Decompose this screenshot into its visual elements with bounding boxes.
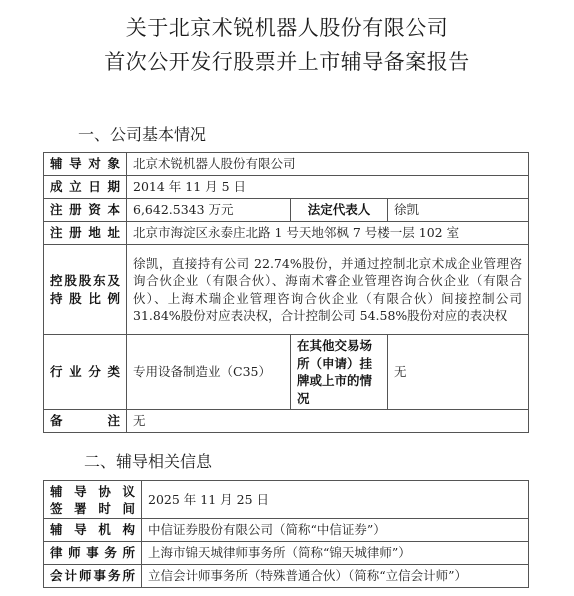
document-title-line2: 首次公开发行股票并上市辅导备案报告 bbox=[0, 46, 574, 76]
label-industry: 行业分类 bbox=[44, 335, 127, 410]
value-target: 北京术锐机器人股份有限公司 bbox=[127, 153, 529, 176]
value-law-firm: 上海市锦天城律师事务所（简称“锦天城律师”） bbox=[142, 542, 529, 565]
value-industry: 专用设备制造业（C35） bbox=[127, 335, 291, 410]
table-row-target: 辅导对象 北京术锐机器人股份有限公司 bbox=[44, 153, 529, 176]
label-institution: 辅导机构 bbox=[44, 519, 142, 542]
label-capital: 注册资本 bbox=[44, 199, 127, 222]
document-title-line1: 关于北京术锐机器人股份有限公司 bbox=[0, 12, 574, 42]
label-remarks-right: 注 bbox=[107, 412, 120, 430]
label-remarks-left: 备 bbox=[50, 412, 63, 430]
label-agreement-date: 辅导协议 签署时间 bbox=[44, 481, 142, 519]
table-row-capital: 注册资本 6,642.5343 万元 法定代表人 徐凯 bbox=[44, 199, 529, 222]
label-agreement-date-line1: 辅导协议 bbox=[50, 483, 135, 500]
label-accounting-firm: 会计师事务所 bbox=[44, 565, 142, 588]
table-row-institution: 辅导机构 中信证券股份有限公司（简称“中信证券”） bbox=[44, 519, 529, 542]
table-row-controller: 控股股东及 持股比例 徐凯，直接持有公司 22.74%股份，并通过控制北京术成企… bbox=[44, 245, 529, 335]
label-remarks: 备 注 bbox=[44, 410, 127, 433]
section-heading-company-info: 一、公司基本情况 bbox=[78, 122, 206, 145]
label-controller: 控股股东及 持股比例 bbox=[44, 245, 127, 335]
value-established: 2014 年 11 月 5 日 bbox=[127, 176, 529, 199]
label-controller-line1: 控股股东及 bbox=[50, 272, 120, 290]
table-row-address: 注册地址 北京市海淀区永泰庄北路 1 号天地邻枫 7 号楼一层 102 室 bbox=[44, 222, 529, 245]
label-established: 成立日期 bbox=[44, 176, 127, 199]
table-row-established: 成立日期 2014 年 11 月 5 日 bbox=[44, 176, 529, 199]
value-controller: 徐凯，直接持有公司 22.74%股份，并通过控制北京术成企业管理咨询合伙企业（有… bbox=[127, 245, 529, 335]
table-row-agreement-date: 辅导协议 签署时间 2025 年 11 月 25 日 bbox=[44, 481, 529, 519]
label-address: 注册地址 bbox=[44, 222, 127, 245]
value-remarks: 无 bbox=[127, 410, 529, 433]
value-capital: 6,642.5343 万元 bbox=[127, 199, 291, 222]
label-law-firm: 律师事务所 bbox=[44, 542, 142, 565]
label-controller-line2: 持股比例 bbox=[50, 290, 120, 308]
label-other-listing: 在其他交易场所（申请）挂牌或上市的情况 bbox=[291, 335, 388, 410]
table-row-remarks: 备 注 无 bbox=[44, 410, 529, 433]
table-row-law-firm: 律师事务所 上海市锦天城律师事务所（简称“锦天城律师”） bbox=[44, 542, 529, 565]
value-other-listing: 无 bbox=[388, 335, 529, 410]
table-row-industry: 行业分类 专用设备制造业（C35） 在其他交易场所（申请）挂牌或上市的情况 无 bbox=[44, 335, 529, 410]
tutoring-info-table: 辅导协议 签署时间 2025 年 11 月 25 日 辅导机构 中信证券股份有限… bbox=[43, 480, 529, 588]
value-agreement-date: 2025 年 11 月 25 日 bbox=[142, 481, 529, 519]
label-legal-rep: 法定代表人 bbox=[291, 199, 388, 222]
label-agreement-date-line2: 签署时间 bbox=[50, 500, 135, 517]
value-accounting-firm: 立信会计师事务所（特殊普通合伙）（简称“立信会计师”） bbox=[142, 565, 529, 588]
value-institution: 中信证券股份有限公司（简称“中信证券”） bbox=[142, 519, 529, 542]
value-address: 北京市海淀区永泰庄北路 1 号天地邻枫 7 号楼一层 102 室 bbox=[127, 222, 529, 245]
section-heading-tutoring-info: 二、辅导相关信息 bbox=[84, 449, 212, 472]
table-row-accounting-firm: 会计师事务所 立信会计师事务所（特殊普通合伙）（简称“立信会计师”） bbox=[44, 565, 529, 588]
label-target: 辅导对象 bbox=[44, 153, 127, 176]
company-info-table: 辅导对象 北京术锐机器人股份有限公司 成立日期 2014 年 11 月 5 日 … bbox=[43, 152, 529, 433]
value-legal-rep: 徐凯 bbox=[388, 199, 529, 222]
